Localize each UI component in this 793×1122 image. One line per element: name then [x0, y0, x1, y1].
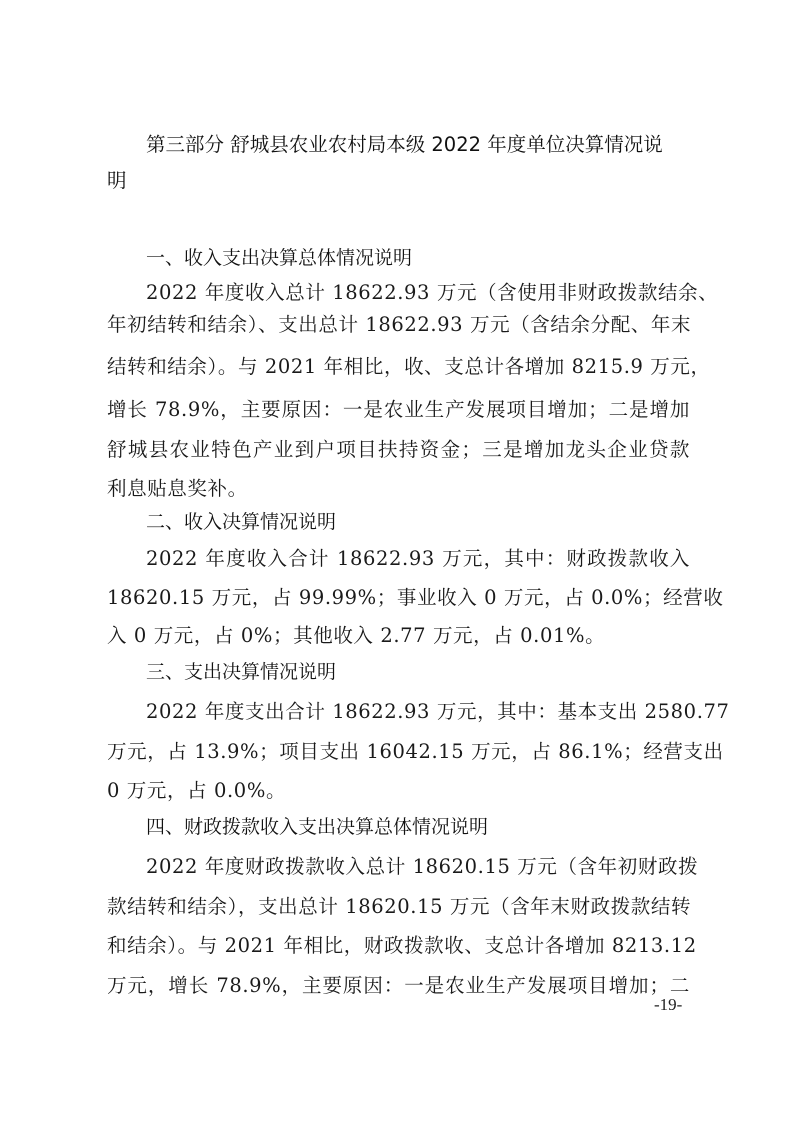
document-page: 第三部分 舒城县农业农村局本级 2022 年度单位决算情况说 明 一、收入支出决… — [0, 0, 793, 1122]
section-heading-1: 一、收入支出决算总体情况说明 — [146, 246, 412, 270]
section-1-line-5: 舒城县农业特色产业到户项目扶持资金；三是增加龙头企业贷款 — [107, 438, 690, 462]
section-2-line-2: 18620.15 万元，占 99.99%；事业收入 0 万元，占 0.0%；经营… — [107, 586, 690, 610]
section-4-line-3: 和结余）。与 2021 年相比，财政拨款收、支总计各增加 8213.12 — [107, 934, 690, 958]
section-1-line-6: 利息贴息奖补。 — [107, 477, 690, 501]
section-4-line-1: 2022 年度财政拨款收入总计 18620.15 万元（含年初财政拨 — [146, 855, 690, 879]
section-heading-2: 二、收入决算情况说明 — [146, 510, 336, 534]
section-1-line-1: 2022 年度收入总计 18622.93 万元（含使用非财政拨款结余、 — [146, 281, 690, 305]
section-2-line-3: 入 0 万元，占 0%；其他收入 2.77 万元，占 0.01%。 — [107, 624, 690, 648]
document-title-continued: 明 — [107, 169, 127, 193]
section-heading-4: 四、财政拨款收入支出决算总体情况说明 — [146, 815, 488, 839]
section-4-line-4: 万元，增长 78.9%，主要原因：一是农业生产发展项目增加；二 — [107, 974, 690, 998]
document-title: 第三部分 舒城县农业农村局本级 2022 年度单位决算情况说 — [146, 133, 663, 157]
section-heading-3: 三、支出决算情况说明 — [146, 660, 336, 684]
section-4-line-2: 款结转和结余），支出总计 18620.15 万元（含年末财政拨款结转 — [107, 895, 690, 919]
section-2-line-1: 2022 年度收入合计 18622.93 万元，其中：财政拨款收入 — [146, 547, 690, 571]
section-1-line-2: 年初结转和结余）、支出总计 18622.93 万元（含结余分配、年末 — [107, 313, 690, 337]
section-3-line-3: 0 万元，占 0.0%。 — [107, 779, 690, 803]
section-1-line-4: 增长 78.9%，主要原因：一是农业生产发展项目增加；二是增加 — [107, 398, 690, 422]
section-1-line-3: 结转和结余）。与 2021 年相比，收、支总计各增加 8215.9 万元， — [107, 355, 690, 379]
page-number: -19- — [654, 995, 682, 1015]
section-3-line-2: 万元，占 13.9%；项目支出 16042.15 万元，占 86.1%；经营支出 — [107, 740, 690, 764]
section-3-line-1: 2022 年度支出合计 18622.93 万元，其中：基本支出 2580.77 — [146, 700, 690, 724]
